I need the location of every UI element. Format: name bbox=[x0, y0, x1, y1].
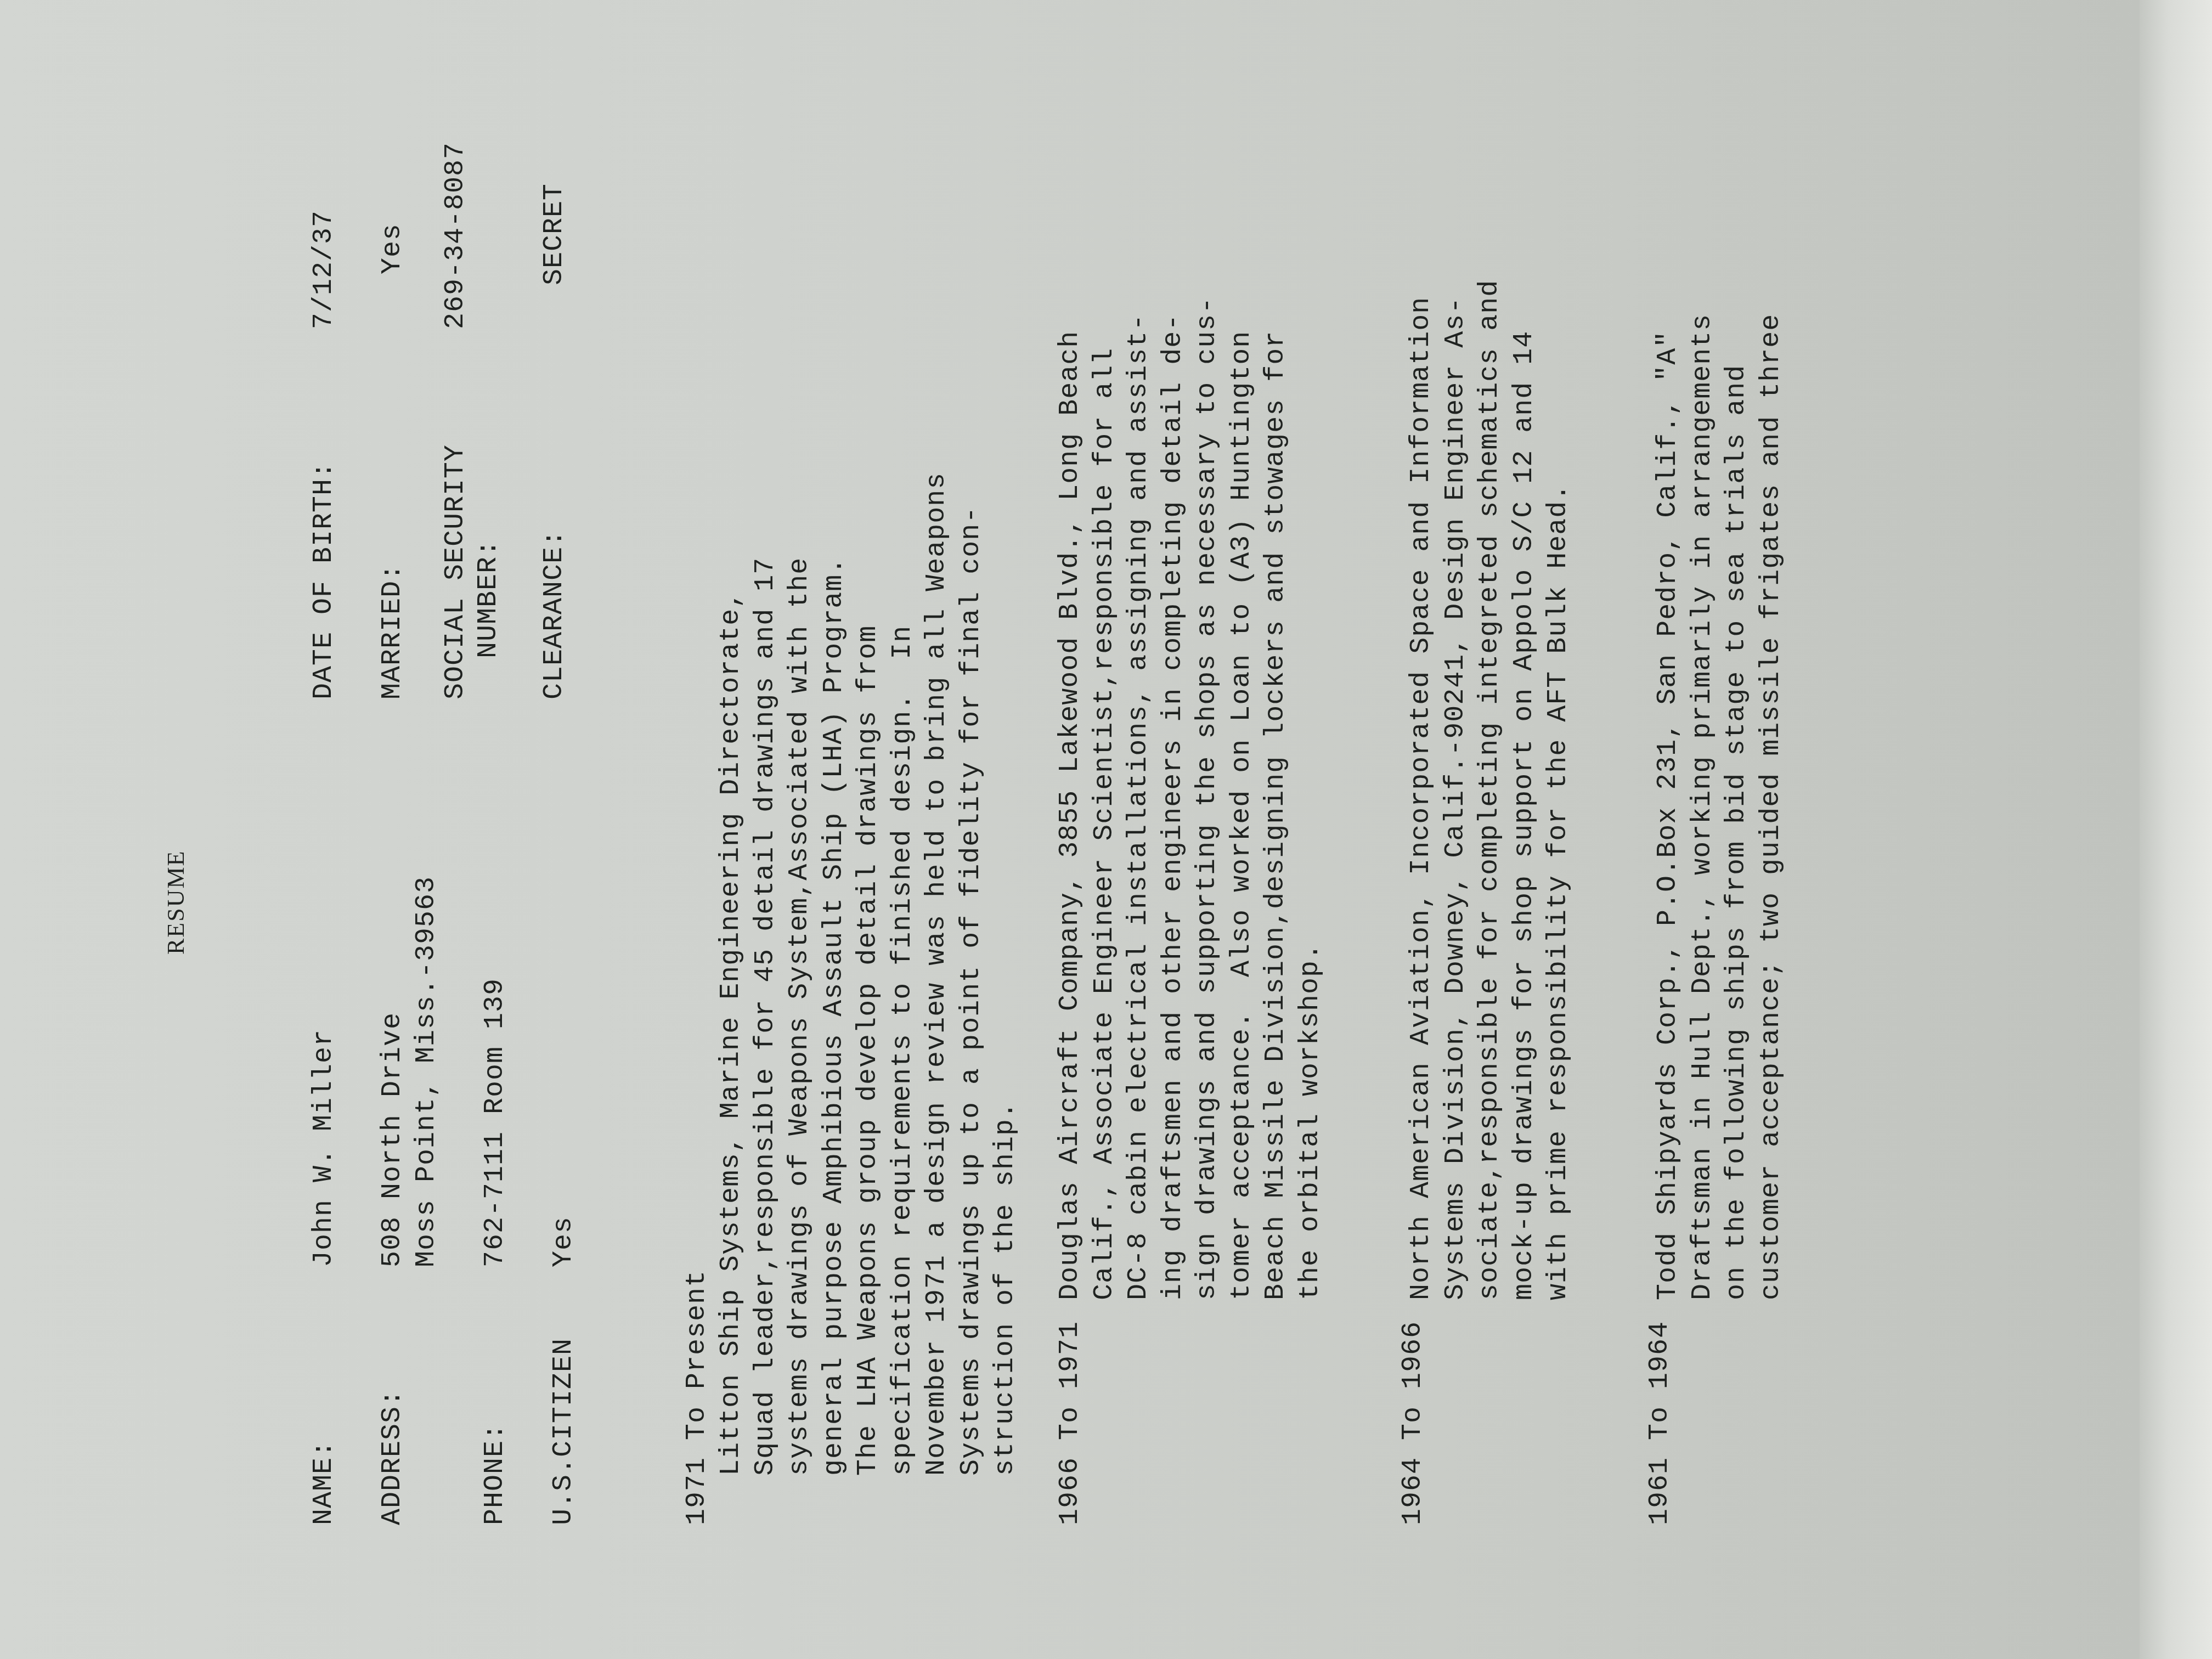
clearance-value: SECRET bbox=[538, 183, 572, 285]
phone-label: PHONE: bbox=[478, 1423, 513, 1525]
citizen-value: Yes bbox=[547, 1216, 582, 1267]
address-line1: 508 North Drive bbox=[376, 1012, 410, 1267]
job-description-litton: Litton Ship Systems, Marine Engineering … bbox=[714, 472, 1023, 1476]
page-title: RESUME bbox=[159, 850, 194, 955]
job-period-1961: 1961 To 1964 bbox=[1643, 1321, 1678, 1525]
citizen-label: U.S.CITIZEN bbox=[547, 1338, 582, 1525]
job-period-1966: 1966 To 1971 bbox=[1053, 1321, 1088, 1525]
paper-edge-shadow bbox=[2140, 0, 2212, 1659]
job-description-todd: Todd Shipyards Corp., P.O.Box 231, San P… bbox=[1651, 314, 1788, 1300]
resume-page: RESUME NAME: John W. Miller ADDRESS: 508… bbox=[307, 0, 1953, 1525]
married-value: Yes bbox=[376, 223, 410, 274]
address-line2: Moss Point, Miss.-39563 bbox=[410, 876, 444, 1267]
ssn-value: 269-34-8087 bbox=[439, 142, 473, 329]
name-value: John W. Miller bbox=[307, 1029, 342, 1267]
phone-value: 762-7111 Room 139 bbox=[478, 978, 513, 1267]
married-label: MARRIED: bbox=[376, 563, 410, 699]
ssn-label-line1: SOCIAL SECURITY bbox=[439, 444, 473, 699]
job-description-north-american: North American Aviation, Incorporated Sp… bbox=[1404, 280, 1576, 1300]
dob-label: DATE OF BIRTH: bbox=[307, 461, 342, 699]
job-description-douglas: Douglas Aircraft Company, 3855 Lakewood … bbox=[1053, 297, 1328, 1300]
dob-value: 7/12/37 bbox=[307, 210, 342, 329]
clearance-label: CLEARANCE: bbox=[538, 529, 572, 699]
job-period-1971: 1971 To Present bbox=[680, 1270, 715, 1525]
address-label: ADDRESS: bbox=[376, 1389, 410, 1525]
job-period-1964: 1964 To 1966 bbox=[1396, 1321, 1431, 1525]
name-label: NAME: bbox=[307, 1440, 342, 1525]
ssn-label-line2: NUMBER: bbox=[472, 539, 506, 658]
